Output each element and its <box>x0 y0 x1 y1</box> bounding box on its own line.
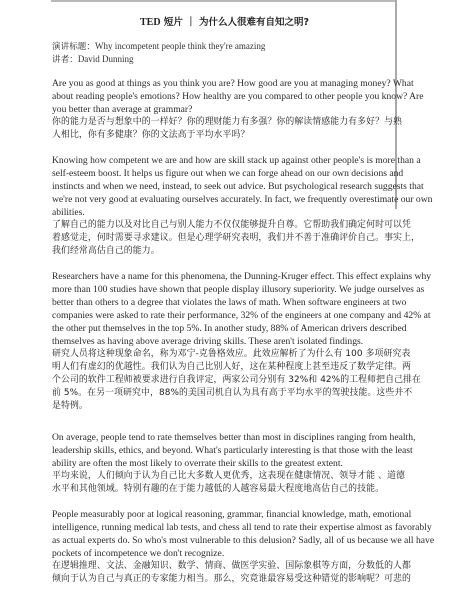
paragraph-line-en: you better than average at grammar? <box>52 103 398 116</box>
paragraph-line-zh: 你的能力是否与想象中的一样好？你的理财能力有多强？你的解读情感能力有多好？与熟 <box>52 116 398 129</box>
paragraph-line-zh: 倾向于认为自己与真正的专家能力相当。那么，究竟谁最容易受这种错觉的影响呢？可悲的 <box>52 573 398 586</box>
talk-title: Why incompetent people think they're ama… <box>95 41 265 51</box>
paragraph-line-en: People measurably poor at logical reason… <box>52 508 398 521</box>
paragraph-line-en: pockets of incompetence we don't recogni… <box>52 547 398 560</box>
paragraph-line-en: On average, people tend to rate themselv… <box>52 431 398 444</box>
paragraph-line-en: intelligence, running medical lab tests,… <box>52 521 398 534</box>
paragraph-line-en: we're not very good at evaluating oursel… <box>52 193 398 206</box>
title-prefix: TED <box>140 17 161 28</box>
paragraph-line-en: as actual experts do. So who's most vuln… <box>52 534 398 547</box>
paragraph-line-en: Are you as good at things as you think y… <box>52 77 398 90</box>
talk-title-line: 演讲标题：Why incompetent people think they'r… <box>52 40 265 54</box>
paragraph-line-en: ability are often the most likely to ove… <box>52 457 398 470</box>
paragraph-line-en: more than 100 studies have shown that pe… <box>52 283 398 296</box>
page-frame-top-border <box>51 0 397 2</box>
paragraph-line-zh: 着感觉走，何时需要寻求建议。但是心理学研究表明，我们并不善于准确评价自己。事实上… <box>52 232 398 245</box>
talk-title-label: 演讲标题： <box>52 42 95 52</box>
paragraph-line-en: Knowing how competent we are and how are… <box>52 154 398 167</box>
paragraph-3: Researchers have a name for this phenome… <box>52 270 398 413</box>
paragraph-line-zh: 个公司的软件工程师被要求进行自我评定，两家公司分别有 32%和 42%的工程师把… <box>52 374 398 387</box>
paragraph-line-en: self-esteem boost. It helps us figure ou… <box>52 167 398 180</box>
speaker-label: 讲者： <box>52 55 78 65</box>
paragraph-line-en: Researchers have a name for this phenome… <box>52 270 398 283</box>
title-text: 短片 ｜ 为什么人很难有自知之明? <box>164 17 309 28</box>
paragraph-line-zh: 水平和其他领域。特别有趣的在于能力越低的人越容易最大程度地高估自己的技能。 <box>52 483 398 496</box>
paragraph-line-en: about reading people's emotions? How hea… <box>52 90 398 103</box>
paragraph-line-en: leadership skills, ethics, and beyond. W… <box>52 444 398 457</box>
paragraph-line-en: abilities. <box>52 206 398 219</box>
paragraph-line-en: themselves as having above average drivi… <box>52 335 398 348</box>
paragraph-line-zh: 研究人员将这种现象命名，称为邓宁-克鲁格效应。此效应解析了为什么有 100 多项… <box>52 348 398 361</box>
paragraph-line-zh: 了解自己的能力以及对比自己与别人能力不仅仅能够提升自尊。它帮助我们确定何时可以凭 <box>52 219 398 232</box>
paragraph-line-zh: 是特例。 <box>52 400 398 413</box>
document-title: TED 短片 ｜ 为什么人很难有自知之明? <box>0 14 449 28</box>
paragraph-4: On average, people tend to rate themselv… <box>52 431 398 496</box>
paragraph-2: Knowing how competent we are and how are… <box>52 154 398 258</box>
paragraph-5: People measurably poor at logical reason… <box>52 508 398 586</box>
paragraph-line-zh: 平均来说，人们倾向于认为自己比大多数人更优秀，这表现在健康情况、领导才能 、道德 <box>52 470 398 483</box>
speaker-name: David Dunning <box>78 54 134 64</box>
paragraph-line-zh: 在逻辑推理、文法、金融知识、数学、情商、做医学实验、国际象棋等方面，分数低的人都 <box>52 560 398 573</box>
paragraph-line-zh: 前 5%。在另一项研究中，88%的美国司机自认为具有高于平均水平的驾驶技能。这些… <box>52 387 398 400</box>
paragraph-line-zh: 明人们有虚幻的优越性。我们认为自己比别人好，这在某种程度上甚至违反了数学定律。两 <box>52 361 398 374</box>
paragraph-line-en: companies were asked to rate their perfo… <box>52 309 398 322</box>
speaker-line: 讲者：David Dunning <box>52 53 134 67</box>
paragraph-line-zh: 我们经常高估自己的能力。 <box>52 245 398 258</box>
paragraph-1: Are you as good at things as you think y… <box>52 77 398 142</box>
paragraph-line-en: better than others to a degree that viol… <box>52 296 398 309</box>
paragraph-line-en: the other put themselves in the top 5%. … <box>52 322 398 335</box>
paragraph-line-en: instincts and when we need, instead, to … <box>52 180 398 193</box>
paragraph-line-zh: 人相比，你有多健康？你的文法高于平均水平吗？ <box>52 129 398 142</box>
